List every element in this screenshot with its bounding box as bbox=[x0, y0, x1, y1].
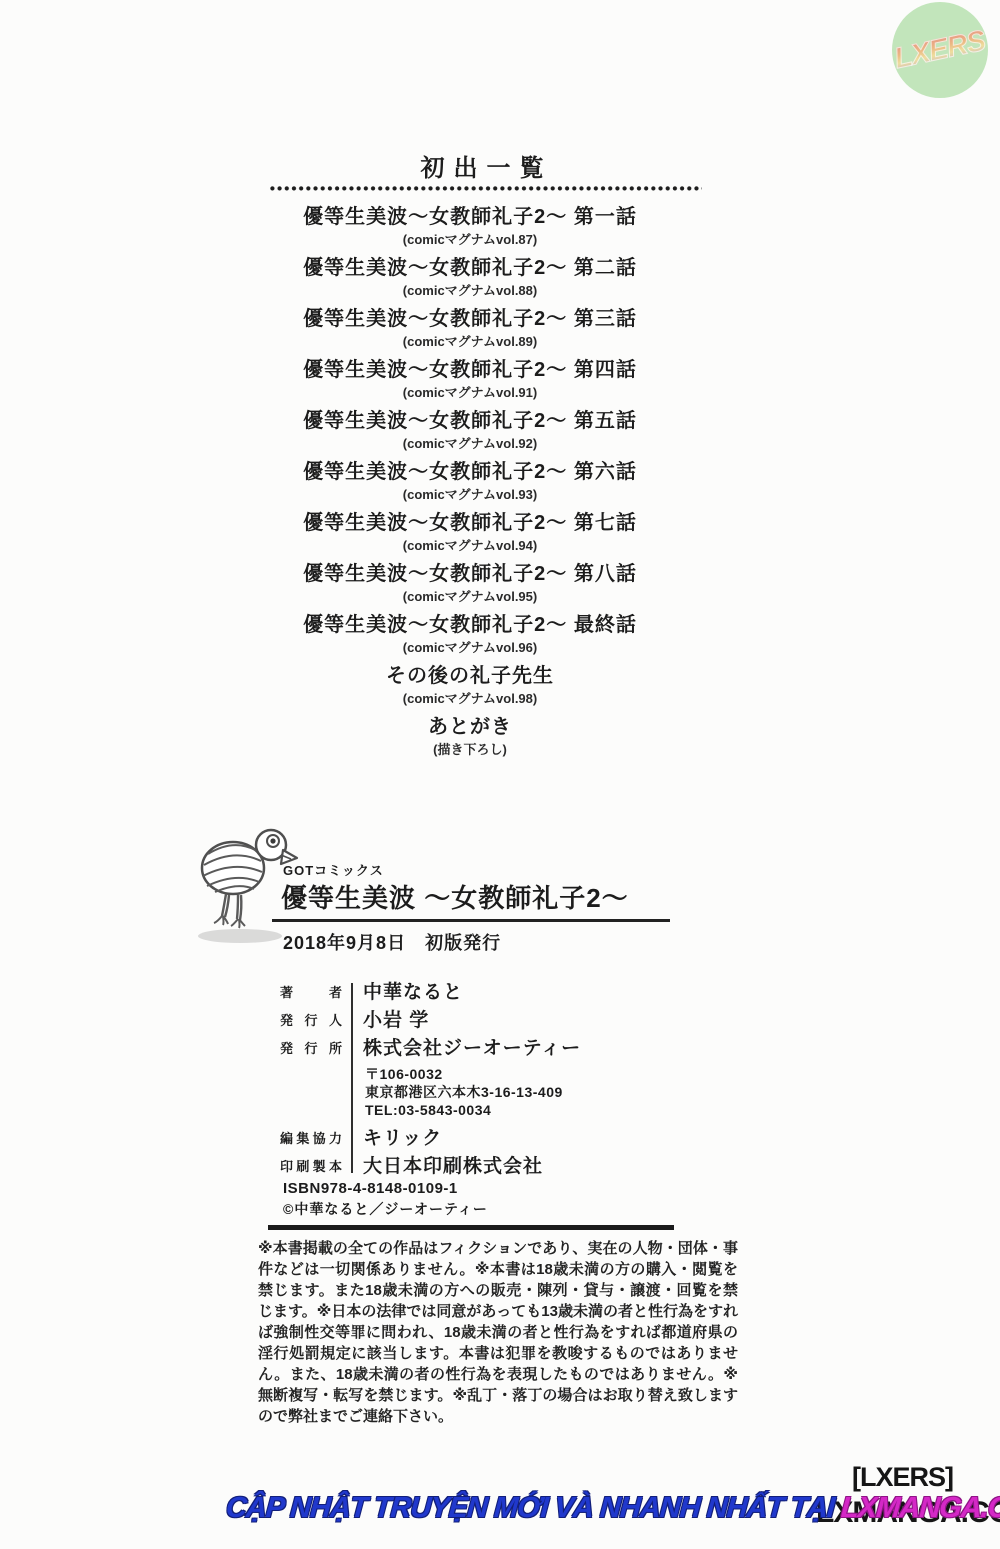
publication-entry: 優等生美波～女教師礼子2～ 第四話 (comicマグナムvol.91) bbox=[0, 357, 940, 408]
credit-row-author: 著者 中華なると bbox=[280, 981, 720, 1004]
credit-value: 株式会社ジーオーティー bbox=[363, 1037, 581, 1060]
publication-entry: 優等生美波～女教師礼子2～ 第五話 (comicマグナムvol.92) bbox=[0, 408, 940, 459]
credit-label: 編集協力 bbox=[280, 1127, 342, 1150]
publication-entry-source: (comicマグナムvol.89) bbox=[0, 332, 940, 351]
publication-entry-title: 優等生美波～女教師礼子2～ 第五話 bbox=[0, 408, 940, 434]
footer-group-tag: [LXERS] bbox=[852, 1462, 953, 1493]
publisher-postal-code: 〒106-0032 bbox=[365, 1065, 720, 1083]
imprint-label: GOTコミックス bbox=[283, 860, 384, 879]
publication-entry: 優等生美波～女教師礼子2～ 第一話 (comicマグナムvol.87) bbox=[0, 204, 940, 255]
credit-label: 印刷製本 bbox=[280, 1155, 342, 1178]
promo-watermark: CẬP NHẬT TRUYỆN MỚI VÀ NHANH NHẤT TẠI LX… bbox=[225, 1492, 1000, 1525]
credits-table: 著者 中華なると 発行人 小岩 学 発行所 株式会社ジーオーティー 〒106-0… bbox=[280, 981, 720, 1183]
publication-entry: 優等生美波～女教師礼子2～ 第三話 (comicマグナムvol.89) bbox=[0, 306, 940, 357]
publication-entry-title: 優等生美波～女教師礼子2～ 第四話 bbox=[0, 357, 940, 383]
credit-value: 大日本印刷株式会社 bbox=[363, 1155, 543, 1178]
colophon-page: LXERS 初出一覧 優等生美波～女教師礼子2～ 第一話 (comicマグナムv… bbox=[0, 0, 1000, 1549]
publication-entry-title: 優等生美波～女教師礼子2～ 第六話 bbox=[0, 459, 940, 485]
publication-entry-source: (comicマグナムvol.98) bbox=[0, 689, 940, 708]
publication-entry-title: 優等生美波～女教師礼子2～ 最終話 bbox=[0, 612, 940, 638]
publication-entry-source: (comicマグナムvol.92) bbox=[0, 434, 940, 453]
publication-entry: 優等生美波～女教師礼子2～ 第二話 (comicマグナムvol.88) bbox=[0, 255, 940, 306]
bird-shadow bbox=[198, 929, 282, 943]
publisher-address: 〒106-0032 東京都港区六本木3-16-13-409 TEL:03-584… bbox=[365, 1065, 720, 1119]
publication-entry-source: (comicマグナムvol.95) bbox=[0, 587, 940, 606]
publication-entry: その後の礼子先生 (comicマグナムvol.98) bbox=[0, 663, 940, 714]
publication-list: 優等生美波～女教師礼子2～ 第一話 (comicマグナムvol.87) 優等生美… bbox=[0, 204, 940, 765]
publication-entry-source: (comicマグナムvol.96) bbox=[0, 638, 940, 657]
publication-entry-title: 優等生美波～女教師礼子2～ 第一話 bbox=[0, 204, 940, 230]
credit-value: 中華なると bbox=[363, 981, 463, 1004]
publication-entry: 優等生美波～女教師礼子2～ 第六話 (comicマグナムvol.93) bbox=[0, 459, 940, 510]
publication-entry-title: 優等生美波～女教師礼子2～ 第七話 bbox=[0, 510, 940, 536]
publication-entry-title: 優等生美波～女教師礼子2～ 第二話 bbox=[0, 255, 940, 281]
credit-label: 発行人 bbox=[280, 1009, 342, 1032]
disclaimer-text: ※本書掲載の全ての作品はフィクションであり、実在の人物・団体・事件などは一切関係… bbox=[258, 1238, 738, 1427]
credit-label: 著者 bbox=[280, 981, 342, 1004]
publication-entry-source: (comicマグナムvol.91) bbox=[0, 383, 940, 402]
promo-site-link[interactable]: LXMANGA.COM bbox=[840, 1492, 1000, 1524]
credit-row-printing: 印刷製本 大日本印刷株式会社 bbox=[280, 1155, 720, 1178]
promo-text: CẬP NHẬT TRUYỆN MỚI VÀ NHANH NHẤT TẠI bbox=[225, 1492, 842, 1524]
publication-entry-source: (描き下ろし) bbox=[0, 740, 940, 759]
credits-divider-rule bbox=[351, 983, 353, 1173]
credit-label: 発行所 bbox=[280, 1037, 342, 1060]
credit-row-publisher-company: 発行所 株式会社ジーオーティー bbox=[280, 1037, 720, 1060]
credit-value: キリック bbox=[363, 1127, 442, 1150]
title-underline bbox=[272, 919, 670, 922]
isbn: ISBN978-4-8148-0109-1 bbox=[283, 1180, 458, 1197]
publication-entry-title: その後の礼子先生 bbox=[0, 663, 940, 689]
publication-entry: 優等生美波～女教師礼子2～ 第八話 (comicマグナムvol.95) bbox=[0, 561, 940, 612]
publication-entry-title: 優等生美波～女教師礼子2～ 第三話 bbox=[0, 306, 940, 332]
thick-divider bbox=[268, 1225, 674, 1230]
publication-entry: 優等生美波～女教師礼子2～ 最終話 (comicマグナムvol.96) bbox=[0, 612, 940, 663]
book-title: 優等生美波 ～女教師礼子2～ bbox=[281, 878, 629, 915]
publication-entry: あとがき (描き下ろし) bbox=[0, 714, 940, 765]
lxers-logo: LXERS bbox=[892, 2, 988, 98]
credit-value: 小岩 学 bbox=[363, 1009, 429, 1032]
credit-row-editing: 編集協力 キリック bbox=[280, 1127, 720, 1150]
publisher-phone: TEL:03-5843-0034 bbox=[365, 1101, 720, 1119]
dotted-divider bbox=[270, 186, 702, 191]
edition-date: 2018年9月8日 初版発行 bbox=[283, 929, 501, 955]
publication-entry-source: (comicマグナムvol.87) bbox=[0, 230, 940, 249]
publisher-street-address: 東京都港区六本木3-16-13-409 bbox=[365, 1083, 720, 1101]
lxers-logo-text: LXERS bbox=[892, 24, 989, 75]
credit-row-publisher-person: 発行人 小岩 学 bbox=[280, 1009, 720, 1032]
publication-entry-title: あとがき bbox=[0, 714, 940, 740]
publication-entry-title: 優等生美波～女教師礼子2～ 第八話 bbox=[0, 561, 940, 587]
publication-entry: 優等生美波～女教師礼子2～ 第七話 (comicマグナムvol.94) bbox=[0, 510, 940, 561]
publication-entry-source: (comicマグナムvol.94) bbox=[0, 536, 940, 555]
publication-list-title: 初出一覧 bbox=[0, 148, 964, 183]
publication-entry-source: (comicマグナムvol.88) bbox=[0, 281, 940, 300]
copyright: ©中華なると／ジーオーティー bbox=[283, 1199, 488, 1219]
publication-entry-source: (comicマグナムvol.93) bbox=[0, 485, 940, 504]
